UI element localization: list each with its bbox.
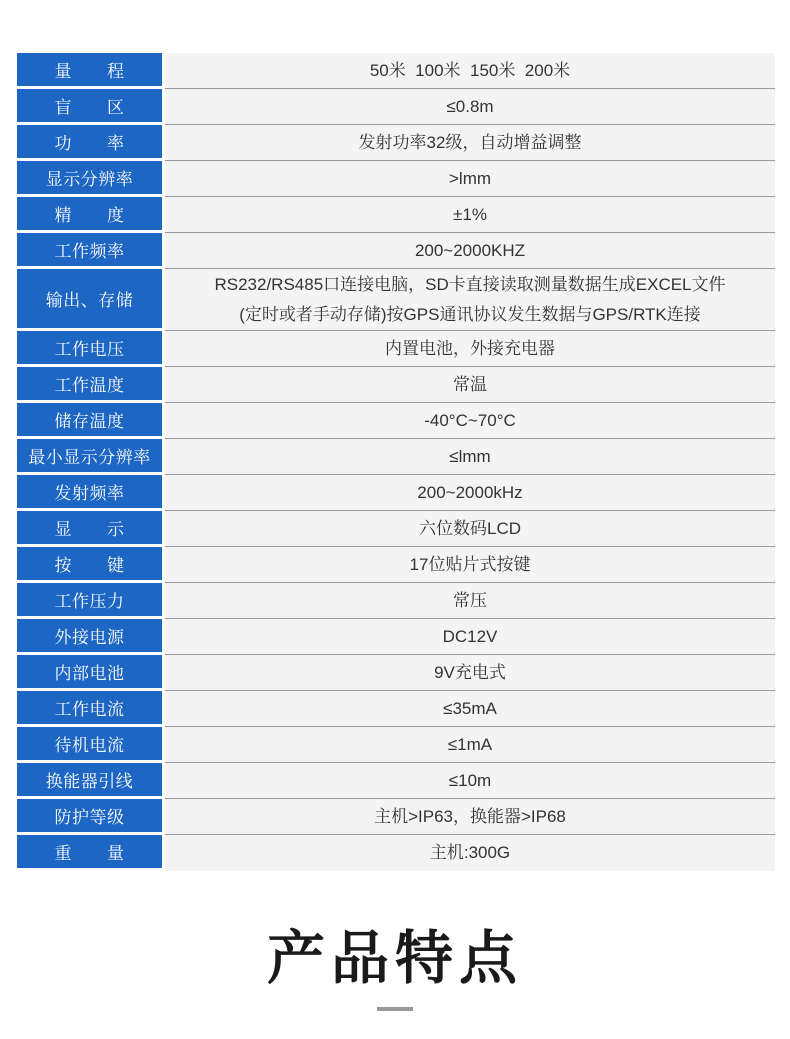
spec-label: 工作温度 [17,367,162,400]
spec-row: 输出、存储RS232/RS485口连接电脑，SD卡直接读取测量数据生成EXCEL… [17,269,775,331]
spec-row: 量 程50米 100米 150米 200米 [17,53,775,89]
spec-value: 主机:300G [165,835,775,871]
spec-value: >lmm [165,161,775,197]
spec-value: ≤lmm [165,439,775,475]
spec-label: 工作电压 [17,331,162,364]
spec-label: 按 键 [17,547,162,580]
spec-label: 发射频率 [17,475,162,508]
spec-table: 量 程50米 100米 150米 200米盲 区≤0.8m功 率发射功率32级，… [17,53,775,871]
spec-label: 量 程 [17,53,162,86]
spec-value-line: 200~2000KHZ [415,236,525,266]
spec-row: 重 量主机:300G [17,835,775,871]
spec-row: 换能器引线≤10m [17,763,775,799]
spec-value-line: RS232/RS485口连接电脑，SD卡直接读取测量数据生成EXCEL文件 [214,270,725,300]
spec-value-line: 主机:300G [430,838,510,868]
spec-value: 内置电池，外接充电器 [165,331,775,367]
spec-value-line: >lmm [449,164,491,194]
spec-row: 盲 区≤0.8m [17,89,775,125]
spec-value: ≤1mA [165,727,775,763]
spec-value-line: ±1% [453,200,487,230]
spec-value: ≤10m [165,763,775,799]
spec-value: 50米 100米 150米 200米 [165,53,775,89]
spec-row: 工作电流≤35mA [17,691,775,727]
product-spec-page: 量 程50米 100米 150米 200米盲 区≤0.8m功 率发射功率32级，… [0,0,790,1039]
spec-value: ≤35mA [165,691,775,727]
spec-value-line: (定时或者手动存储)按GPS通讯协议发生数据与GPS/RTK连接 [239,300,701,330]
spec-row: 工作压力常压 [17,583,775,619]
spec-value-line: 9V充电式 [434,658,506,688]
spec-label: 重 量 [17,835,162,868]
spec-value: 17位贴片式按键 [165,547,775,583]
spec-row: 工作温度常温 [17,367,775,403]
spec-row: 防护等级主机>IP63，换能器>IP68 [17,799,775,835]
spec-label: 显 示 [17,511,162,544]
spec-label: 精 度 [17,197,162,230]
spec-value-line: 主机>IP63，换能器>IP68 [374,802,566,832]
spec-label: 输出、存储 [17,269,162,328]
spec-row: 功 率发射功率32级，自动增益调整 [17,125,775,161]
spec-row: 工作频率200~2000KHZ [17,233,775,269]
spec-row: 最小显示分辨率≤lmm [17,439,775,475]
spec-value-line: 常压 [453,586,487,616]
spec-value: -40°C~70°C [165,403,775,439]
spec-value-line: ≤1mA [448,730,492,760]
spec-label: 储存温度 [17,403,162,436]
spec-value: 主机>IP63，换能器>IP68 [165,799,775,835]
spec-row: 内部电池9V充电式 [17,655,775,691]
spec-value: ≤0.8m [165,89,775,125]
spec-value-line: ≤0.8m [446,92,493,122]
spec-value-line: 200~2000kHz [417,478,522,508]
spec-value: 常压 [165,583,775,619]
spec-value: 常温 [165,367,775,403]
section-title: 产品特点 [0,927,790,991]
spec-value: 200~2000KHZ [165,233,775,269]
spec-value: 200~2000kHz [165,475,775,511]
spec-label: 防护等级 [17,799,162,832]
spec-value-line: DC12V [443,622,498,652]
spec-value: 9V充电式 [165,655,775,691]
spec-row: 储存温度-40°C~70°C [17,403,775,439]
spec-label: 功 率 [17,125,162,158]
spec-row: 显示分辨率>lmm [17,161,775,197]
spec-label: 待机电流 [17,727,162,760]
spec-row: 外接电源DC12V [17,619,775,655]
spec-value-line: 17位贴片式按键 [410,550,531,580]
spec-row: 待机电流≤1mA [17,727,775,763]
spec-value-line: 六位数码LCD [419,514,521,544]
spec-row: 发射频率200~2000kHz [17,475,775,511]
spec-row: 按 键17位贴片式按键 [17,547,775,583]
spec-value-line: ≤10m [449,766,491,796]
spec-value-line: -40°C~70°C [424,406,516,436]
spec-value-line: 发射功率32级，自动增益调整 [359,128,582,158]
spec-label: 内部电池 [17,655,162,688]
spec-label: 显示分辨率 [17,161,162,194]
spec-value-line: ≤lmm [449,442,490,472]
spec-value-line: 50米 100米 150米 200米 [370,56,570,86]
spec-value: ±1% [165,197,775,233]
spec-label: 换能器引线 [17,763,162,796]
spec-label: 工作频率 [17,233,162,266]
spec-value: DC12V [165,619,775,655]
spec-value: 发射功率32级，自动增益调整 [165,125,775,161]
spec-label: 盲 区 [17,89,162,122]
spec-row: 精 度±1% [17,197,775,233]
spec-value-line: 常温 [453,370,487,400]
spec-value: 六位数码LCD [165,511,775,547]
spec-label: 外接电源 [17,619,162,652]
spec-row: 工作电压内置电池，外接充电器 [17,331,775,367]
section-title-underline [377,1007,413,1011]
spec-value-line: 内置电池，外接充电器 [385,334,555,364]
spec-value: RS232/RS485口连接电脑，SD卡直接读取测量数据生成EXCEL文件(定时… [165,269,775,331]
spec-label: 工作电流 [17,691,162,724]
spec-label: 工作压力 [17,583,162,616]
spec-label: 最小显示分辨率 [17,439,162,472]
spec-row: 显 示六位数码LCD [17,511,775,547]
spec-value-line: ≤35mA [443,694,497,724]
